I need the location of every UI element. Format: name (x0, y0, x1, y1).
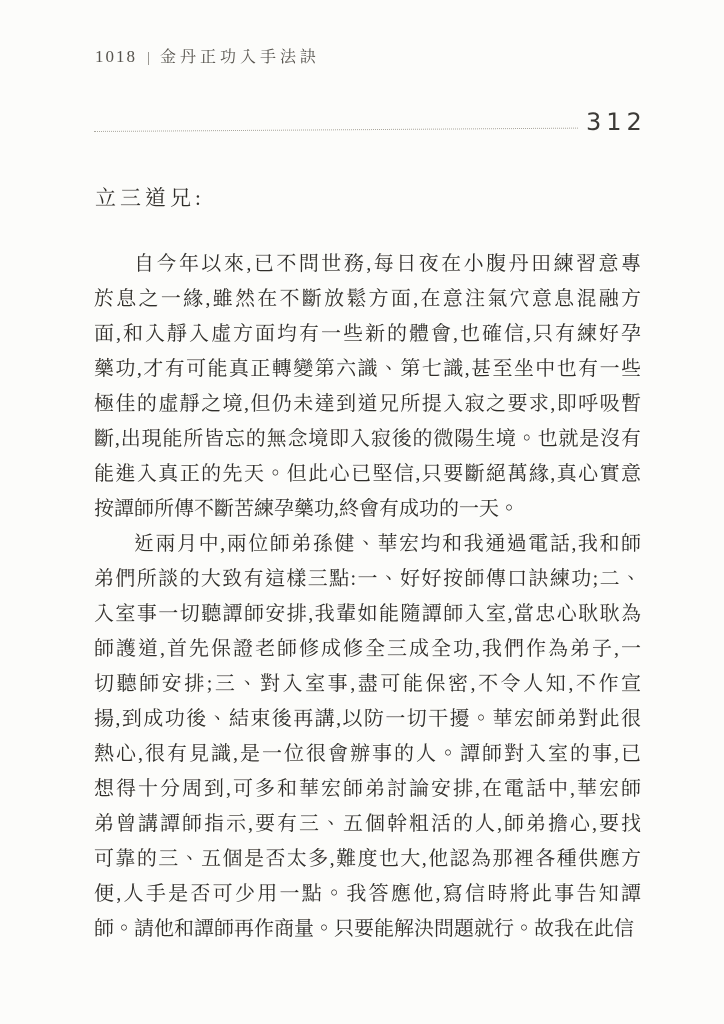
text-line: 揚,到成功後、結束後再講,以防一切干擾。華宏師弟對此很 (94, 702, 641, 737)
text-line: 面,和入靜入虛方面均有一些新的體會,也確信,只有練好孕 (94, 317, 641, 352)
running-header-separator: | (147, 50, 150, 67)
text-line: 熱心,很有見識,是一位很會辦事的人。譚師對入室的事,已 (94, 737, 641, 772)
text-line: 可靠的三、五個是否太多,難度也大,他認為那裡各種供應方 (94, 842, 641, 877)
text-line: 於息之一緣,雖然在不斷放鬆方面,在意注氣穴意息混融方 (94, 282, 641, 317)
text-line: 按譚師所傳不斷苦練孕藥功,終會有成功的一天。 (94, 492, 641, 527)
page-number: 312 (586, 108, 647, 136)
scanned-book-page: 1018 | 金丹正功入手法訣 312 立三道兄: 自今年以來,已不問世務,每日… (0, 0, 724, 1024)
running-header-book-number: 1018 (95, 47, 137, 67)
paragraph: 自今年以來,已不問世務,每日夜在小腹丹田練習意專於息之一緣,雖然在不斷放鬆方面,… (94, 247, 641, 527)
text-line: 便,人手是否可少用一點。我答應他,寫信時將此事告知譚 (94, 877, 641, 912)
text-line: 切聽師安排;三、對入室事,盡可能保密,不令人知,不作宣 (94, 667, 641, 702)
running-header-book-title: 金丹正功入手法訣 (160, 44, 320, 67)
text-line: 近兩月中,兩位師弟孫健、華宏均和我通過電話,我和師 (94, 527, 641, 562)
text-line: 弟曾講譚師指示,要有三、五個幹粗活的人,師弟擔心,要找 (94, 807, 641, 842)
running-header: 1018 | 金丹正功入手法訣 (95, 44, 320, 67)
text-line: 師。請他和譚師再作商量。只要能解決問題就行。故我在此信 (94, 912, 641, 947)
text-line: 想得十分周到,可多和華宏師弟討論安排,在電話中,華宏師 (94, 772, 641, 807)
letter-body: 自今年以來,已不問世務,每日夜在小腹丹田練習意專於息之一緣,雖然在不斷放鬆方面,… (94, 247, 641, 947)
text-line: 自今年以來,已不問世務,每日夜在小腹丹田練習意專 (94, 247, 641, 282)
paragraph: 近兩月中,兩位師弟孫健、華宏均和我通過電話,我和師弟們所談的大致有這樣三點:一、… (94, 527, 641, 947)
text-line: 弟們所談的大致有這樣三點:一、好好按師傳口訣練功;二、 (94, 562, 641, 597)
text-line: 能進入真正的先天。但此心已堅信,只要斷絕萬緣,真心實意 (94, 457, 641, 492)
dotted-header-rule (94, 128, 578, 132)
letter-salutation: 立三道兄: (95, 182, 205, 212)
text-line: 斷,出現能所皆忘的無念境即入寂後的微陽生境。也就是沒有 (94, 422, 641, 457)
text-line: 極佳的虛靜之境,但仍未達到道兄所提入寂之要求,即呼吸暫 (94, 387, 641, 422)
text-line: 藥功,才有可能真正轉變第六識、第七識,甚至坐中也有一些 (94, 352, 641, 387)
text-line: 師護道,首先保證老師修成修全三成全功,我們作為弟子,一 (94, 632, 641, 667)
text-line: 入室事一切聽譚師安排,我輩如能隨譚師入室,當忠心耿耿為 (94, 597, 641, 632)
